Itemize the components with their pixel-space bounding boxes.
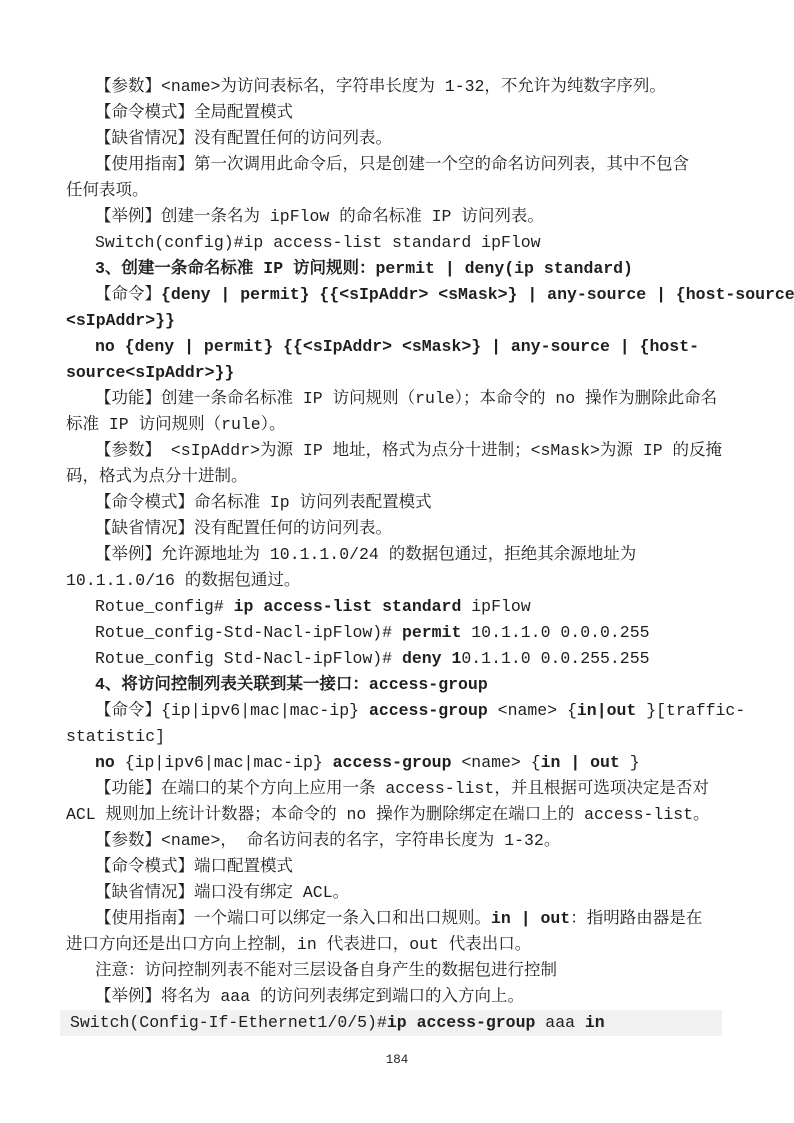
text-run: deny 1 bbox=[402, 649, 461, 668]
text-run: 【命令】 bbox=[95, 285, 161, 304]
text-line: 【举例】创建一条名为 ipFlow 的命名标准 IP 访问列表。 bbox=[66, 204, 738, 230]
text-run: 码，格式为点分十进制。 bbox=[66, 467, 248, 486]
text-run: {deny | permit} {{<sIpAddr> <sMask>} | a… bbox=[161, 285, 794, 304]
text-run: 【举例】允许源地址为 10.1.1.0/24 的数据包通过，拒绝其余源地址为 bbox=[95, 545, 636, 564]
text-run: ip access-group bbox=[387, 1013, 536, 1032]
text-run: statistic] bbox=[66, 727, 165, 746]
text-run: 标准 IP 访问规则（rule）。 bbox=[66, 415, 285, 434]
text-line: 【命令】{ip|ipv6|mac|mac-ip} access-group <n… bbox=[66, 698, 738, 724]
text-run: in bbox=[585, 1013, 605, 1032]
text-run: {ip|ipv6|mac|mac-ip} bbox=[115, 753, 333, 772]
text-run: 【参数】<name>为访问表标名，字符串长度为 1-32，不允许为纯数字序列。 bbox=[95, 77, 666, 96]
text-run: in | out bbox=[541, 753, 620, 772]
text-run: in|out bbox=[577, 701, 636, 720]
text-run: permit bbox=[402, 623, 461, 642]
text-line: 【命令模式】全局配置模式 bbox=[66, 100, 738, 126]
text-line: 任何表项。 bbox=[66, 178, 738, 204]
text-run: no bbox=[95, 753, 115, 772]
text-run: 10.1.1.0 0.0.0.255 bbox=[461, 623, 649, 642]
text-run: ipFlow bbox=[461, 597, 530, 616]
text-run: {ip|ipv6|mac|mac-ip} bbox=[161, 701, 369, 720]
text-line: 【参数】 <sIpAddr>为源 IP 地址，格式为点分十进制；<sMask>为… bbox=[66, 438, 738, 464]
text-line: 【功能】在端口的某个方向上应用一条 access-list，并且根据可选项决定是… bbox=[66, 776, 738, 802]
text-line: 注意：访问控制列表不能对三层设备自身产生的数据包进行控制 bbox=[66, 958, 738, 984]
text-line: 【命令】{deny | permit} {{<sIpAddr> <sMask>}… bbox=[66, 282, 738, 308]
text-run: 【命令模式】命名标准 Ip 访问列表配置模式 bbox=[95, 493, 432, 512]
text-run: Rotue_config Std-Nacl-ipFlow)# bbox=[95, 649, 402, 668]
document-body: 【参数】<name>为访问表标名，字符串长度为 1-32，不允许为纯数字序列。【… bbox=[66, 74, 738, 1036]
text-run: <name> { bbox=[488, 701, 577, 720]
text-run: 【功能】在端口的某个方向上应用一条 access-list，并且根据可选项决定是… bbox=[95, 779, 709, 798]
text-line: no {ip|ipv6|mac|mac-ip} access-group <na… bbox=[66, 750, 738, 776]
text-run: 4、将访问控制列表关联到某一接口：access-group bbox=[95, 675, 488, 694]
text-line: 【举例】将名为 aaa 的访问列表绑定到端口的入方向上。 bbox=[66, 984, 738, 1010]
text-run: 任何表项。 bbox=[66, 181, 149, 200]
text-run: ip access-list standard bbox=[234, 597, 462, 616]
text-line: 【功能】创建一条命名标准 IP 访问规则（rule）；本命令的 no 操作为删除… bbox=[66, 386, 738, 412]
text-run: 进口方向还是出口方向上控制，in 代表进口，out 代表出口。 bbox=[66, 935, 531, 954]
text-run: aaa bbox=[535, 1013, 585, 1032]
text-run: 【参数】 <sIpAddr>为源 IP 地址，格式为点分十进制；<sMask>为… bbox=[95, 441, 722, 460]
text-line: statistic] bbox=[66, 724, 738, 750]
text-run: 3、创建一条命名标准 IP 访问规则：permit | deny(ip stan… bbox=[95, 259, 633, 278]
text-line: 进口方向还是出口方向上控制，in 代表进口，out 代表出口。 bbox=[66, 932, 738, 958]
text-run: ACL 规则加上统计计数器；本命令的 no 操作为删除绑定在端口上的 acces… bbox=[66, 805, 710, 824]
text-line: no {deny | permit} {{<sIpAddr> <sMask>} … bbox=[66, 334, 738, 360]
text-line: 【举例】允许源地址为 10.1.1.0/24 的数据包通过，拒绝其余源地址为 bbox=[66, 542, 738, 568]
text-run: <sIpAddr>}} bbox=[66, 311, 175, 330]
text-run: 【命令模式】全局配置模式 bbox=[95, 103, 293, 122]
text-line: 10.1.1.0/16 的数据包通过。 bbox=[66, 568, 738, 594]
text-line: <sIpAddr>}} bbox=[66, 308, 738, 334]
text-run: 【参数】<name>， 命名访问表的名字，字符串长度为 1-32。 bbox=[95, 831, 560, 850]
text-line: 【参数】<name>为访问表标名，字符串长度为 1-32，不允许为纯数字序列。 bbox=[66, 74, 738, 100]
text-run: 【缺省情况】端口没有绑定 ACL。 bbox=[95, 883, 349, 902]
text-line: 【使用指南】一个端口可以绑定一条入口和出口规则。in | out：指明路由器是在 bbox=[66, 906, 738, 932]
text-line: Rotue_config# ip access-list standard ip… bbox=[66, 594, 738, 620]
document-page: 【参数】<name>为访问表标名，字符串长度为 1-32，不允许为纯数字序列。【… bbox=[0, 0, 794, 1123]
text-line: Rotue_config Std-Nacl-ipFlow)# deny 10.1… bbox=[66, 646, 738, 672]
text-line: 【使用指南】第一次调用此命令后，只是创建一个空的命名访问列表，其中不包含 bbox=[66, 152, 738, 178]
text-run: 【使用指南】一个端口可以绑定一条入口和出口规则。 bbox=[95, 909, 491, 928]
text-line: source<sIpAddr>}} bbox=[66, 360, 738, 386]
text-run: } bbox=[620, 753, 640, 772]
text-run: ：指明路由器是在 bbox=[570, 909, 702, 928]
text-run: 【命令模式】端口配置模式 bbox=[95, 857, 293, 876]
page-number: 184 bbox=[386, 1053, 409, 1067]
text-line: 【命令模式】命名标准 Ip 访问列表配置模式 bbox=[66, 490, 738, 516]
text-run: Rotue_config-Std-Nacl-ipFlow)# bbox=[95, 623, 402, 642]
section-heading: 4、将访问控制列表关联到某一接口：access-group bbox=[66, 672, 738, 698]
text-line: 码，格式为点分十进制。 bbox=[66, 464, 738, 490]
text-line: 【参数】<name>， 命名访问表的名字，字符串长度为 1-32。 bbox=[66, 828, 738, 854]
text-line: Rotue_config-Std-Nacl-ipFlow)# permit 10… bbox=[66, 620, 738, 646]
text-run: access-group bbox=[369, 701, 488, 720]
text-run: 注意：访问控制列表不能对三层设备自身产生的数据包进行控制 bbox=[95, 961, 557, 980]
text-line: 标准 IP 访问规则（rule）。 bbox=[66, 412, 738, 438]
text-line: 【缺省情况】没有配置任何的访问列表。 bbox=[66, 126, 738, 152]
text-run: Switch(Config-If-Ethernet1/0/5)# bbox=[70, 1013, 387, 1032]
text-run: <name> { bbox=[451, 753, 540, 772]
text-line: ACL 规则加上统计计数器；本命令的 no 操作为删除绑定在端口上的 acces… bbox=[66, 802, 738, 828]
text-run: 10.1.1.0/16 的数据包通过。 bbox=[66, 571, 300, 590]
text-run: Switch(config)#ip access-list standard i… bbox=[95, 233, 541, 252]
text-run: 【使用指南】第一次调用此命令后，只是创建一个空的命名访问列表，其中不包含 bbox=[95, 155, 689, 174]
text-run: in | out bbox=[491, 909, 570, 928]
text-run: Rotue_config# bbox=[95, 597, 234, 616]
highlighted-code-line: Switch(Config-If-Ethernet1/0/5)#ip acces… bbox=[60, 1010, 722, 1036]
text-run: 【缺省情况】没有配置任何的访问列表。 bbox=[95, 129, 392, 148]
text-line: Switch(config)#ip access-list standard i… bbox=[66, 230, 738, 256]
text-run: 【命令】 bbox=[95, 701, 161, 720]
text-run: no {deny | permit} {{<sIpAddr> <sMask>} … bbox=[95, 337, 699, 356]
text-run: access-group bbox=[333, 753, 452, 772]
page-footer: 184 bbox=[0, 1050, 794, 1070]
text-run: source<sIpAddr>}} bbox=[66, 363, 234, 382]
text-run: 【功能】创建一条命名标准 IP 访问规则（rule）；本命令的 no 操作为删除… bbox=[95, 389, 717, 408]
text-line: 【缺省情况】端口没有绑定 ACL。 bbox=[66, 880, 738, 906]
text-run: 【缺省情况】没有配置任何的访问列表。 bbox=[95, 519, 392, 538]
section-heading: 3、创建一条命名标准 IP 访问规则：permit | deny(ip stan… bbox=[66, 256, 738, 282]
text-run: }[traffic- bbox=[636, 701, 745, 720]
text-run: 【举例】将名为 aaa 的访问列表绑定到端口的入方向上。 bbox=[95, 987, 524, 1006]
text-line: 【命令模式】端口配置模式 bbox=[66, 854, 738, 880]
text-run: 0.1.1.0 0.0.255.255 bbox=[461, 649, 649, 668]
text-line: 【缺省情况】没有配置任何的访问列表。 bbox=[66, 516, 738, 542]
text-run: 【举例】创建一条名为 ipFlow 的命名标准 IP 访问列表。 bbox=[95, 207, 544, 226]
